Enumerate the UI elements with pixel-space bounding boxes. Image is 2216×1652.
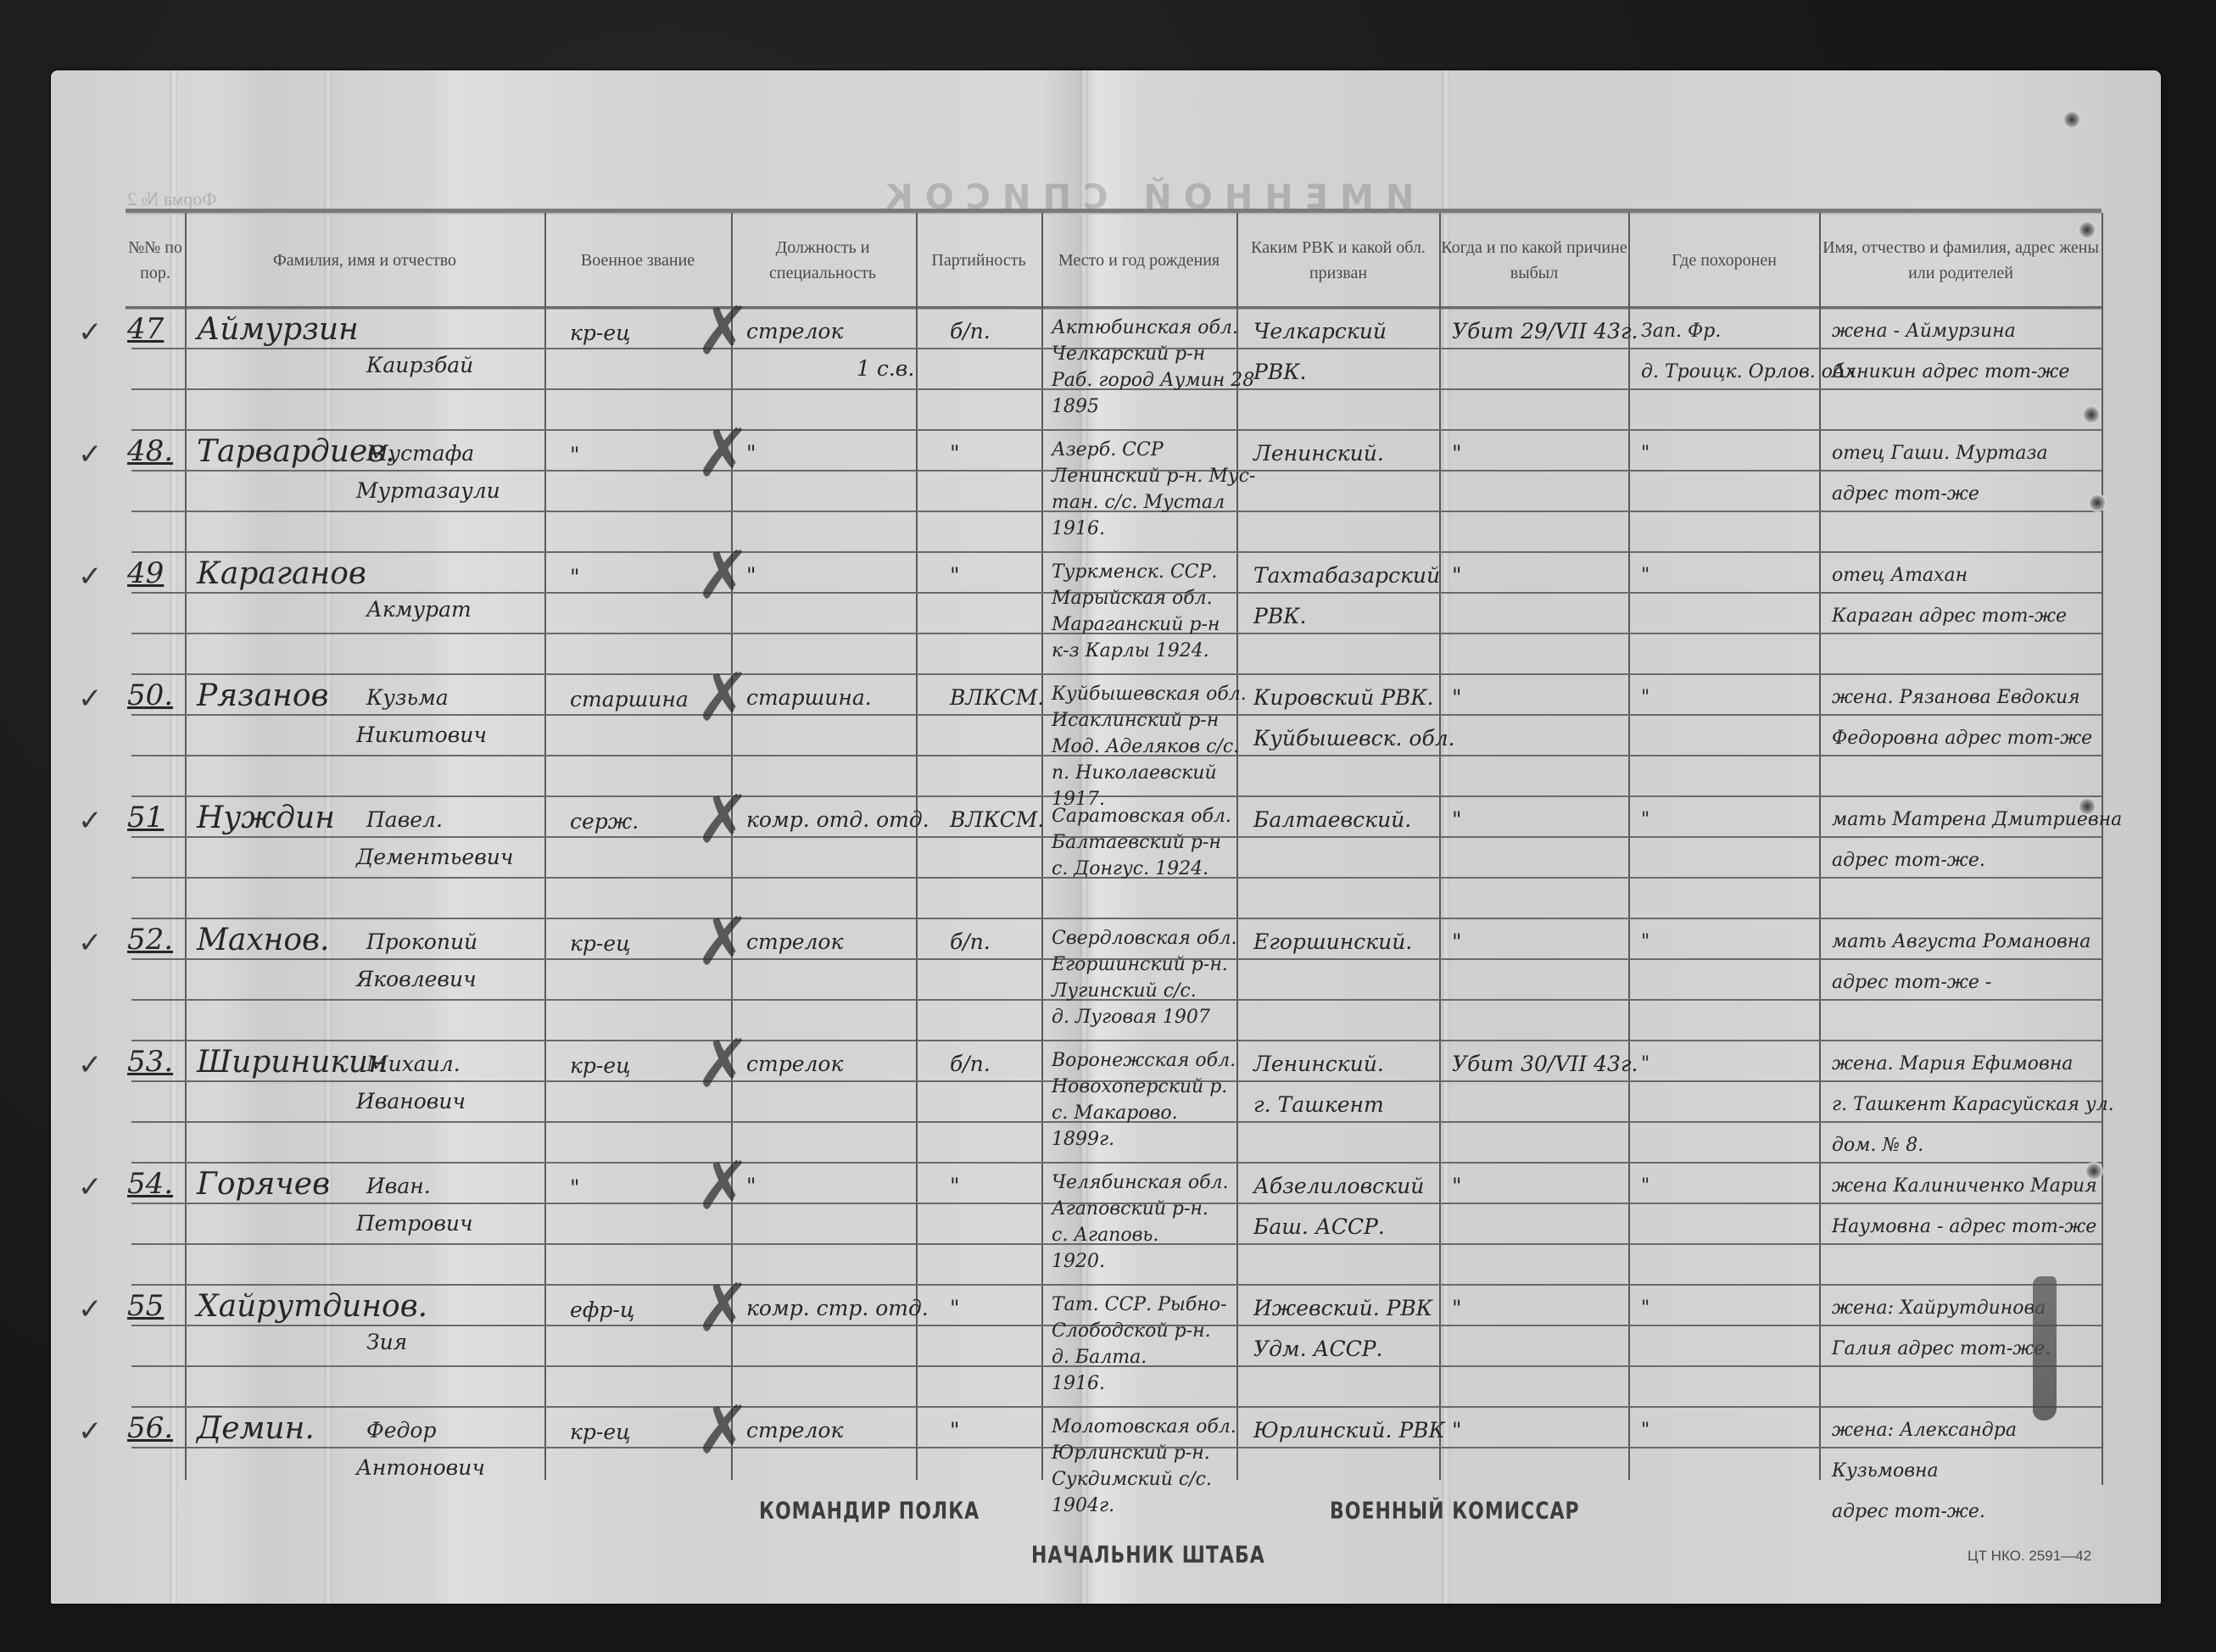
header-top-rule [126,209,2102,215]
burial-line: Зап. Фр. [1641,321,1721,342]
row-number: 49 [127,556,164,590]
ghost-form-number-bleedthrough: Форма № 2 [127,188,217,210]
signature-chief-of-staff: НАЧАЛЬНИК ШТАБА [1031,1543,1265,1569]
birth-line: Туркменск. ССР. [1052,561,1217,583]
birth-line: 1916. [1052,518,1105,539]
column-divider [1628,213,1630,1480]
checkmark-icon: ✓ [78,315,103,349]
rvk-line: Куйбышевск. обл. [1253,726,1455,751]
punch-hole [2085,1162,2103,1180]
birth-line: д. Луговая 1907 [1052,1007,1210,1028]
cross-mark-icon: ✗ [695,1148,751,1225]
position: старшина. [746,685,872,710]
patronymic: Иванович [356,1089,466,1113]
burial-line: " [1641,1298,1649,1319]
birth-line: Новохоперский р. [1052,1076,1227,1097]
row-rule [131,1162,2102,1164]
patronymic: Яковлевич [356,967,477,991]
rvk-line: г. Ташкент [1253,1092,1384,1117]
birth-line: с. Агаповь. [1052,1225,1158,1246]
relative-line: адрес тот-же. [1832,850,1985,871]
military-rank: " [570,443,580,467]
checkmark-icon: ✓ [78,804,103,838]
burial-line: " [1641,1175,1649,1197]
cross-mark-icon: ✗ [695,538,751,614]
relative-line: г. Ташкент Карасуйская ул. [1832,1094,2114,1115]
row-number: 50. [127,678,173,712]
punch-hole [2078,797,2096,816]
header-position: Должность и специальность [731,215,914,305]
rvk-line: Кировский РВК. [1253,685,1434,710]
relative-line: Галия адрес тот-же. [1832,1338,2051,1359]
birth-line: 1895 [1052,396,1099,417]
relative-line: адрес тот-же. [1832,1501,1985,1522]
relative-line: жена: Александра [1832,1420,2017,1441]
row-rule [131,551,2102,553]
header-burial: Где похоронен [1630,215,1818,305]
burial-line: " [1641,1053,1649,1074]
cross-mark-icon: ✗ [695,904,751,980]
birth-line: 1916. [1052,1373,1105,1394]
relative-line: отец Гаши. Муртаза [1832,443,2048,464]
row-number: 48. [127,434,173,468]
surname: Горячев [197,1167,330,1202]
military-rank: серж. [570,809,639,834]
row-number: 53. [127,1045,173,1079]
burial-line: " [1641,443,1649,464]
relative-line: Караган адрес тот-же [1832,606,2067,627]
birth-line: Сукдимский с/с. [1052,1469,1212,1490]
row-rule [131,429,2102,431]
position: комр. отд. отд. [746,807,929,832]
party: б/п. [950,319,991,343]
surname: Нуждин [197,801,335,835]
rvk-line: Удм. АССР. [1253,1337,1383,1361]
patronymic: Никитович [356,723,487,747]
position: стрелок [746,319,843,343]
relative-line: Наумовна - адрес тот-же [1832,1216,2096,1237]
surname: Рязанов [197,678,329,713]
rvk-line: Ижевский. РВК [1253,1296,1432,1320]
relative-line: Ахникин адрес тот-же [1832,361,2069,382]
position: " [746,441,756,466]
military-rank: кр-ец [570,931,631,956]
header-left-reason: Когда и по какой причине выбыл [1441,215,1627,305]
party: " [950,1174,960,1198]
birth-line: Актюбинская обл. [1052,317,1238,338]
given-name: Павел. [366,807,443,832]
party: б/п. [950,1052,991,1076]
given-name: Иван. [366,1174,431,1198]
rvk-line: Юрлинский. РВК [1253,1418,1445,1443]
party: ВЛКСМ. [950,807,1044,832]
patronymic: Дементьевич [356,845,513,869]
relative-line: отец Атахан [1832,565,1968,586]
left-reason: " [1452,685,1462,710]
relative-line: жена. Мария Ефимовна [1832,1053,2073,1074]
birth-line: Ленинский р-н. Мус- [1052,466,1255,487]
header-party: Партийность [916,215,1041,305]
birth-line: тан. с/с. Мустал [1052,492,1225,513]
military-rank: кр-ец [570,321,631,345]
column-divider [185,213,187,1480]
row-number: 47 [127,312,164,346]
position: " [746,563,756,588]
military-rank: старшина [570,687,689,712]
patronymic: Антонович [356,1455,485,1480]
row-rule [131,1406,2102,1408]
rvk-line: Баш. АССР. [1253,1214,1385,1239]
header-number: №№ по пор. [126,215,185,305]
column-divider [1819,213,1821,1480]
signature-military-commissar: ВОЕННЫЙ КОМИССАР [1330,1499,1580,1525]
column-divider [2102,213,2103,1485]
given-name: Акмурат [366,597,472,622]
rvk-line: Челкарский [1253,319,1387,343]
row-rule [131,918,2102,919]
rvk-line: Ленинский. [1253,441,1384,466]
birth-line: с. Донгус. 1924. [1052,858,1208,879]
birth-line: Слободской р-н. [1052,1320,1211,1342]
checkmark-icon: ✓ [78,438,103,472]
punch-hole [2082,405,2101,424]
military-rank: кр-ец [570,1053,631,1078]
birth-line: Азерб. ССР [1052,439,1164,460]
cross-mark-icon: ✗ [695,416,751,492]
relative-line: адрес тот-же [1832,483,1979,505]
row-rule [131,1284,2102,1286]
burial-line: " [1641,687,1649,708]
military-rank: ефр-ц [570,1298,634,1322]
row-rule [131,795,2102,797]
cross-mark-icon: ✗ [695,1392,751,1469]
surname: Аймурзин [197,312,359,347]
given-name: Михаил. [366,1052,461,1076]
birth-line: Агаповский р-н. [1052,1198,1208,1219]
given-name: Прокопий [366,929,477,954]
birth-line: Мараганский р-н [1052,614,1220,635]
row-number: 55 [127,1289,164,1323]
party: ВЛКСМ. [950,685,1044,710]
birth-line: с. Макарово. [1052,1102,1178,1124]
checkmark-icon: ✓ [78,1292,103,1326]
column-divider [1041,213,1043,1480]
left-reason: " [1452,1418,1462,1443]
birth-line: Саратовская обл. [1052,806,1231,827]
patronymic: Муртазаули [356,478,500,503]
given-name: Кузьма [366,685,449,710]
relative-line: Кузьмовна [1832,1460,1939,1482]
birth-line: Тат. ССР. Рыбно- [1052,1294,1226,1315]
birth-line: 1904г. [1052,1495,1114,1516]
column-divider [544,213,546,1480]
left-reason: " [1452,563,1462,588]
surname: Махнов. [197,923,329,957]
checkmark-icon: ✓ [78,682,103,716]
birth-line: Егоршинский р-н. [1052,954,1228,975]
header-birth: Место и год рождения [1043,215,1235,305]
position: комр. стр. отд. [746,1296,929,1320]
birth-line: Воронежская обл. [1052,1050,1236,1071]
birth-line: Челкарский р-н [1052,343,1205,365]
left-reason: " [1452,807,1462,832]
birth-line: к-з Карлы 1924. [1052,640,1209,661]
header-rvk: Каким РВК и какой обл. призван [1238,215,1438,305]
surname: Тарвардиев. [197,434,395,469]
punch-hole [2062,110,2081,129]
relative-line: дом. № 8. [1832,1135,1923,1156]
position: стрелок [746,929,843,954]
left-reason: " [1452,929,1462,954]
row-number: 56. [127,1411,173,1445]
given-name: Федор [366,1418,436,1443]
checkmark-icon: ✓ [78,926,103,960]
row-rule [131,1040,2102,1041]
checkmark-icon: ✓ [78,1170,103,1204]
burial-line: д. Троицк. Орлов. обл. [1641,361,1862,382]
birth-line: Балтаевский р-н [1052,832,1221,853]
row-number: 54. [127,1167,173,1201]
ink-stain [2033,1276,2057,1420]
patronymic: Петрович [356,1211,473,1236]
birth-line: Лугинский с/с. [1052,980,1197,1002]
printer-mark: ЦТ НКО. 2591—42 [1968,1548,2091,1565]
party: " [950,1296,960,1320]
position: стрелок [746,1418,843,1443]
position: " [746,1174,756,1198]
birth-line: Исаклинский р-н [1052,710,1219,731]
birth-line: д. Балта. [1052,1347,1147,1368]
birth-line: Свердловская обл. [1052,928,1237,949]
party: " [950,441,960,466]
rvk-line: Ленинский. [1253,1052,1384,1076]
cross-mark-icon: ✗ [695,782,751,858]
cross-mark-icon: ✗ [695,1270,751,1347]
birth-line: Челябинская обл. [1052,1172,1229,1193]
birth-line: Марыйская обл. [1052,588,1213,609]
surname: Караганов [197,556,366,591]
position-detail: 1 с.в. [857,356,914,381]
burial-line: " [1641,565,1649,586]
header-military-rank: Военное звание [546,215,729,305]
header-relatives: Имя, отчество и фамилия, адрес жены или … [1821,215,2101,305]
column-divider [1439,213,1441,1480]
relative-line: жена - Аймурзина [1832,321,2016,342]
position: стрелок [746,1052,843,1076]
relative-line: мать Матрена Дмитриевна [1832,809,2122,830]
party: " [950,563,960,588]
punch-hole [2088,494,2107,512]
row-number: 51 [127,801,164,834]
header-full-name: Фамилия, имя и отчество [187,215,543,305]
military-rank: " [570,565,580,589]
burial-line: " [1641,809,1649,830]
left-reason: " [1452,1296,1462,1320]
cross-mark-icon: ✗ [695,660,751,736]
checkmark-icon: ✓ [78,560,103,594]
left-reason: " [1452,1174,1462,1198]
surname: Демин. [197,1411,315,1446]
birth-line: Куйбышевская обл. [1052,684,1247,705]
punch-hole [2078,220,2096,239]
relative-line: адрес тот-же - [1832,972,1991,993]
military-rank: " [570,1175,580,1200]
column-divider [1236,213,1238,1480]
rvk-line: Абзелиловский [1253,1174,1424,1198]
given-name: Мустафа [366,441,474,466]
burial-line: " [1641,931,1649,952]
left-reason: Убит 29/VII 43г. [1452,319,1638,343]
rvk-line: Егоршинский. [1253,929,1412,954]
rvk-line: РВК. [1253,360,1307,384]
cross-mark-icon: ✗ [695,1026,751,1102]
surname: Шириникин [197,1045,388,1080]
relative-line: Федоровна адрес тот-же [1832,728,2092,749]
header-bottom-rule [126,306,2102,310]
surname: Хайрутдинов. [197,1289,427,1324]
birth-line: 1920. [1052,1251,1105,1272]
rvk-line: РВК. [1253,604,1307,628]
left-reason: Убит 30/VII 43г. [1452,1052,1638,1076]
birth-line: Юрлинский р-н. [1052,1443,1210,1464]
checkmark-icon: ✓ [78,1415,103,1448]
rvk-line: Балтаевский. [1253,807,1411,832]
party: " [950,1418,960,1443]
left-reason: " [1452,441,1462,466]
birth-line: Мод. Аделяков с/с. [1052,736,1239,757]
birth-line: Раб. город Аумин 28 [1052,370,1254,391]
checkmark-icon: ✓ [78,1048,103,1082]
relative-line: мать Августа Романовна [1832,931,2090,952]
birth-line: Молотовская обл. [1052,1416,1236,1437]
column-divider [916,213,918,1480]
given-name: Зия [366,1330,407,1354]
row-rule [131,673,2102,675]
military-rank: кр-ец [570,1420,631,1444]
relative-line: жена. Рязанова Евдокия [1832,687,2080,708]
given-name: Каирзбай [366,353,473,377]
cross-mark-icon: ✗ [695,293,751,370]
birth-line: п. Николаевский [1052,762,1217,784]
row-number: 52. [127,923,173,957]
burial-line: " [1641,1420,1649,1441]
signature-regiment-commander: КОМАНДИР ПОЛКА [759,1499,980,1525]
relative-line: жена Калиниченко Мария [1832,1175,2097,1197]
relative-line: жена: Хайрутдинова [1832,1298,2046,1319]
rvk-line: Тахтабазарский [1253,563,1440,588]
party: б/п. [950,929,991,954]
birth-line: 1899г. [1052,1129,1114,1150]
